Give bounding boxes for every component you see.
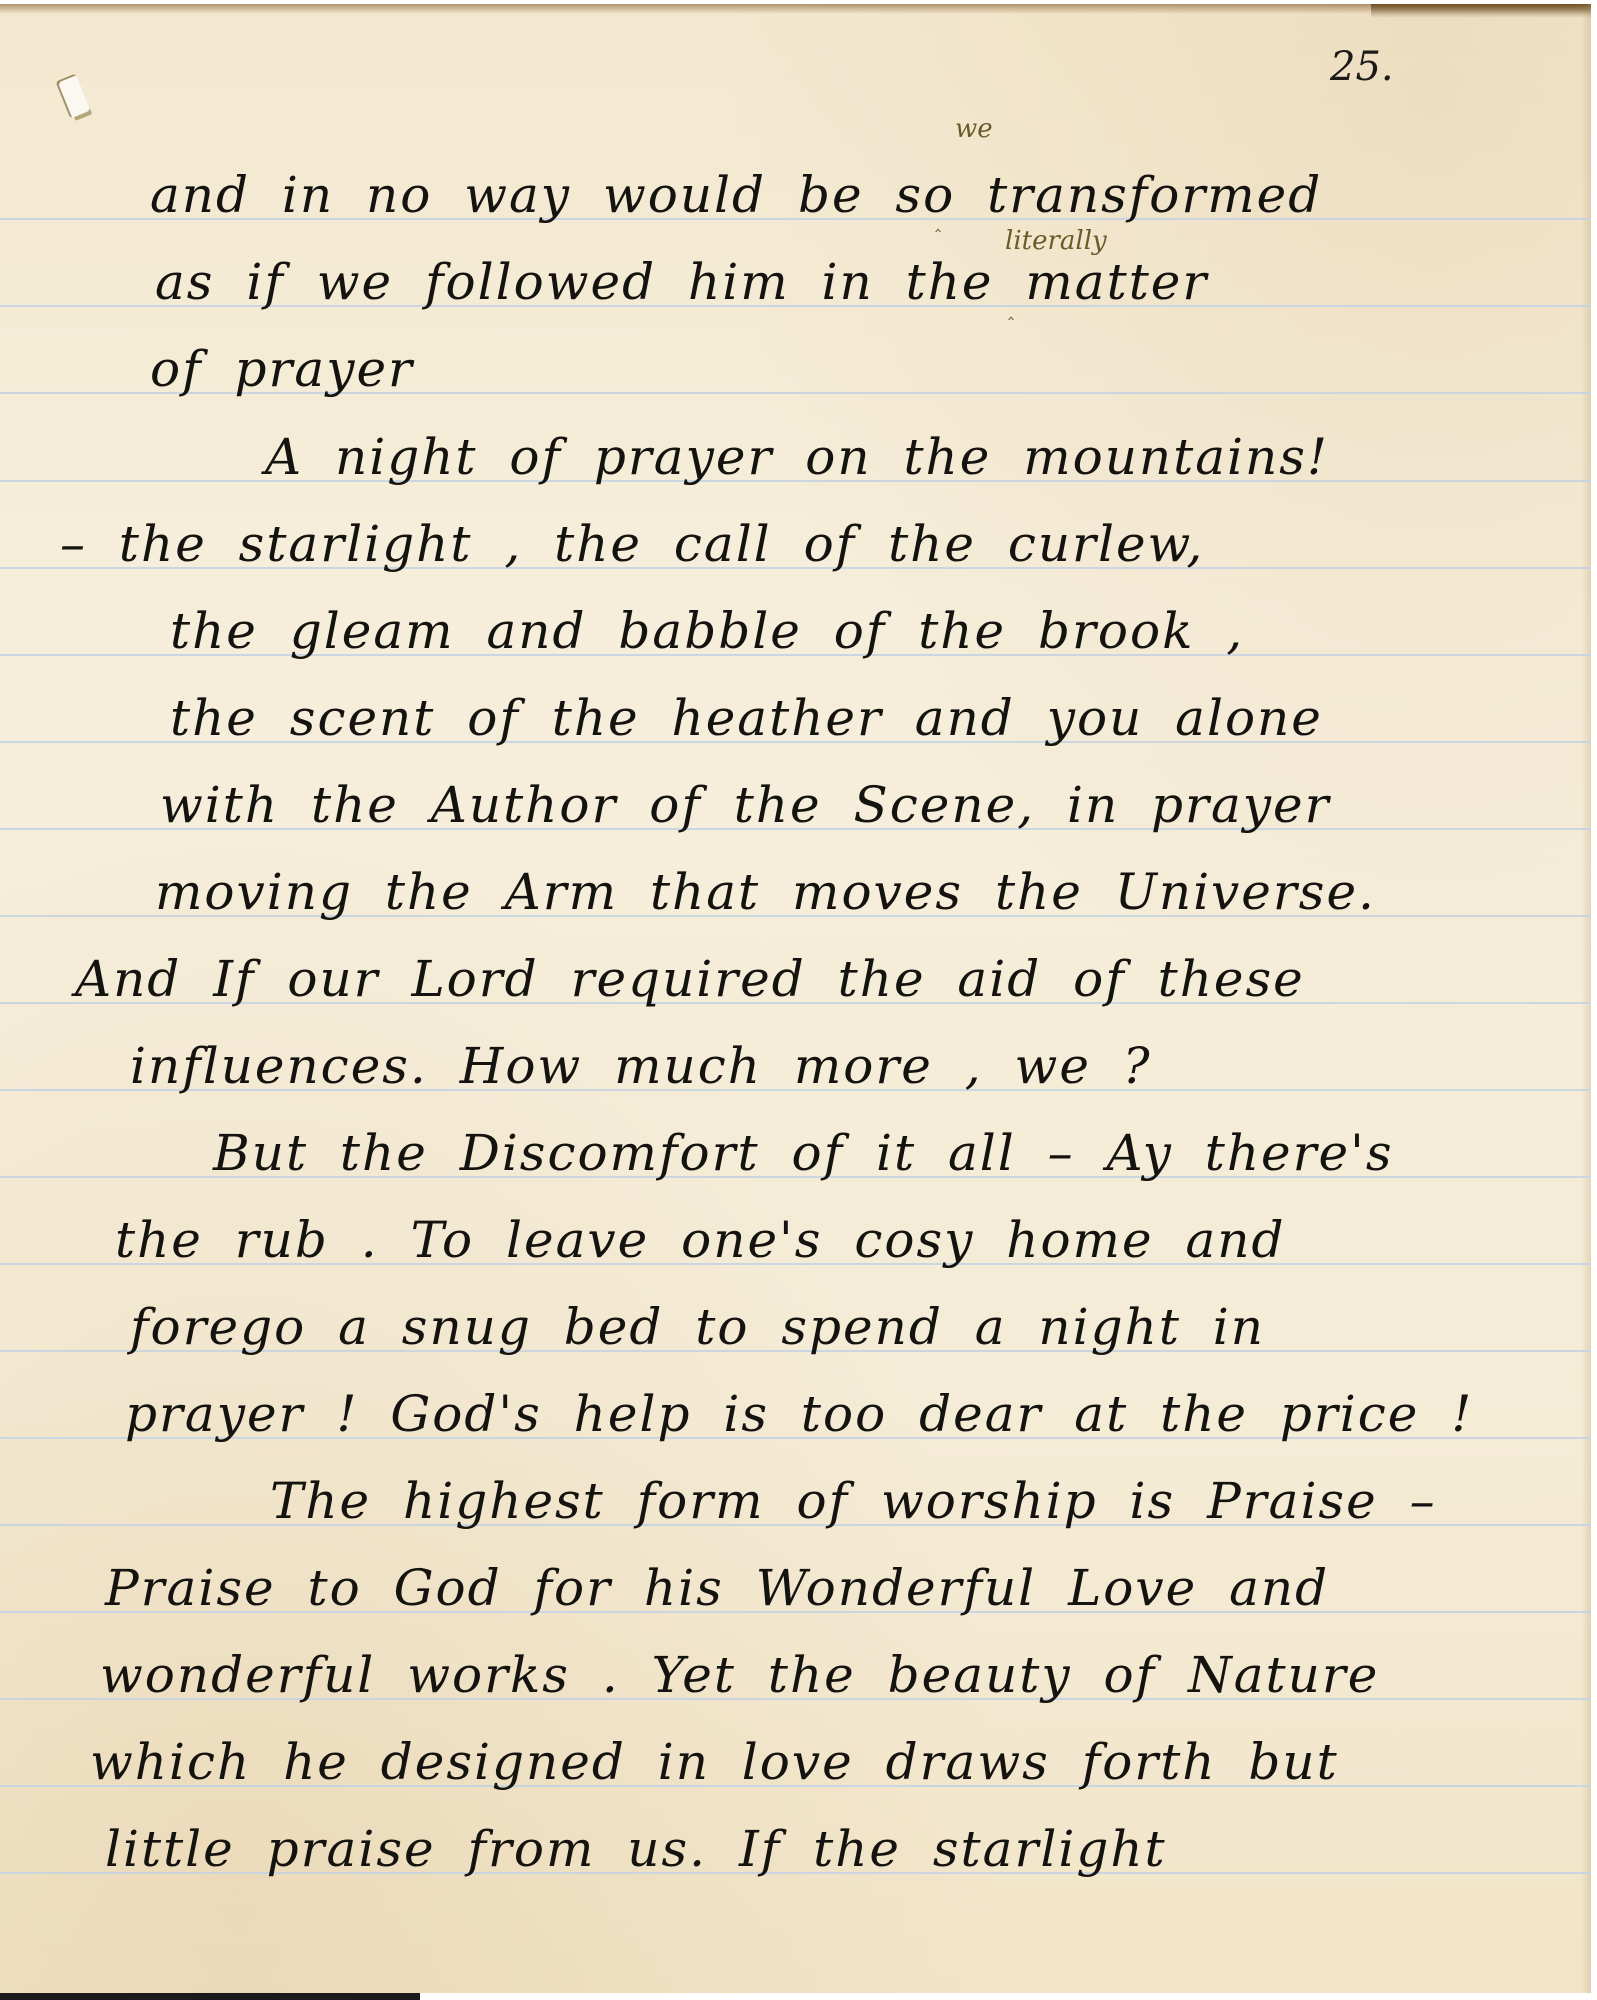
text-line-5: – the starlight , the call of the curlew… (60, 519, 1204, 569)
annotation-we: we (955, 114, 993, 144)
text-line-2: as if we followed him in the matter (155, 257, 1208, 307)
text-line-9: moving the Arm that moves the Universe. (155, 867, 1376, 917)
text-line-7: the scent of the heather and you alone (170, 693, 1323, 743)
annotation-literally: literally (1005, 226, 1107, 256)
text-line-19: which he designed in love draws forth bu… (90, 1737, 1339, 1787)
text-line-16: The highest form of worship is Praise – (270, 1476, 1437, 1526)
text-line-8: with the Author of the Scene, in prayer (160, 780, 1331, 830)
right-paper-edge (1581, 4, 1591, 1993)
text-line-13: the rub . To leave one's cosy home and (115, 1215, 1285, 1265)
top-edge-stain (0, 4, 1591, 14)
text-line-1: and in no way would be so transformed (150, 170, 1322, 220)
text-line-10: And If our Lord required the aid of thes… (75, 954, 1305, 1004)
text-line-14: forego a snug bed to spend a night in (130, 1302, 1265, 1352)
bottom-edge-shadow (0, 1993, 420, 2000)
text-line-18: wonderful works . Yet the beauty of Natu… (100, 1650, 1379, 1700)
text-line-17: Praise to God for his Wonderful Love and (105, 1563, 1329, 1613)
text-line-4: A night of prayer on the mountains! (265, 432, 1329, 482)
text-line-15: prayer ! God's help is too dear at the p… (125, 1389, 1473, 1439)
text-line-20: little praise from us. If the starlight (105, 1824, 1167, 1874)
top-right-edge-stain (1371, 4, 1591, 18)
manuscript-page: 25. we ‸ literally ‸ and in no way would… (0, 4, 1591, 1993)
text-line-12: But the Discomfort of it all – Ay there'… (213, 1128, 1394, 1178)
punch-hole (55, 73, 90, 118)
text-line-6: the gleam and babble of the brook , (170, 606, 1244, 656)
page-number: 25. (1330, 44, 1394, 90)
text-line-3: of prayer (150, 344, 414, 394)
text-line-11: influences. How much more , we ? (130, 1041, 1152, 1091)
